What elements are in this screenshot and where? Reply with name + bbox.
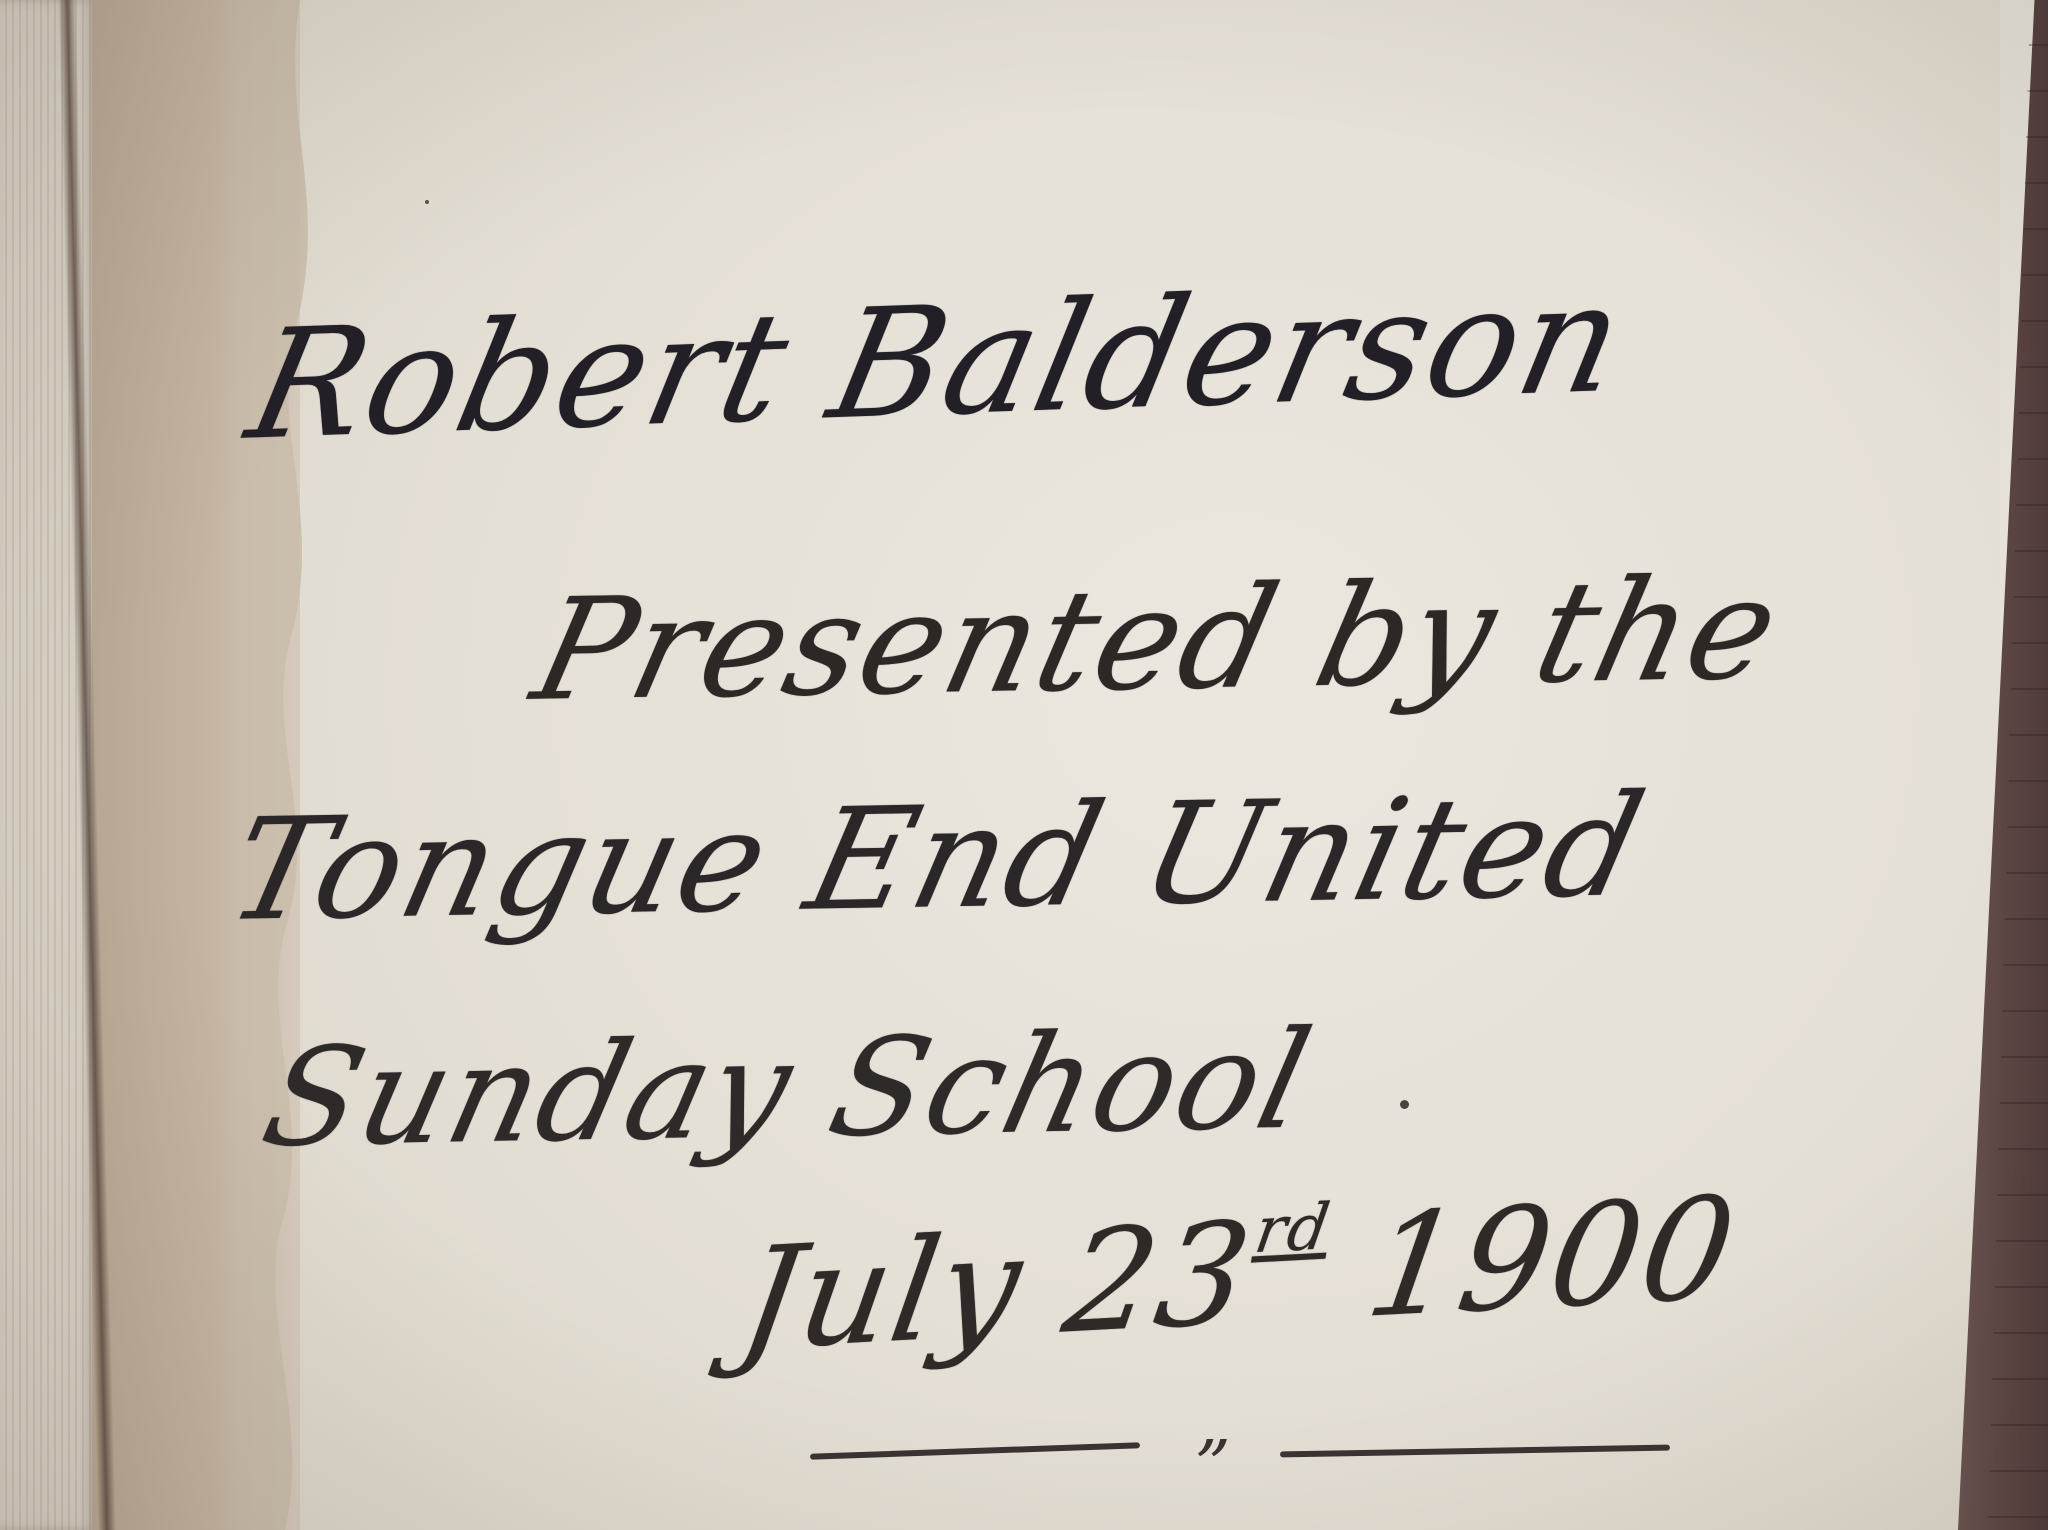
presented-by-line: Presented by the	[520, 548, 1794, 733]
organization-line: Tongue End United	[215, 765, 1659, 953]
recipient-name: Robert Balderson	[235, 251, 1639, 474]
date-year: 1900	[1357, 1166, 1747, 1350]
ditto-mark: ”	[1180, 1425, 1236, 1507]
handwritten-inscription: Robert Balderson Presented by the Tongue…	[0, 0, 2048, 1530]
date-ordinal-suffix: rd	[1250, 1190, 1336, 1268]
date-underline-right	[1280, 1445, 1670, 1458]
ink-speck	[425, 200, 429, 204]
date-underline-left	[810, 1442, 1140, 1460]
date-line: July 23rd 1900	[730, 1166, 1747, 1383]
ink-spot	[1400, 1100, 1409, 1109]
date-month-day: July 23	[730, 1192, 1262, 1383]
sunday-school-line: Sunday School	[250, 1001, 1325, 1177]
book-flyleaf-photo: Robert Balderson Presented by the Tongue…	[0, 0, 2048, 1530]
